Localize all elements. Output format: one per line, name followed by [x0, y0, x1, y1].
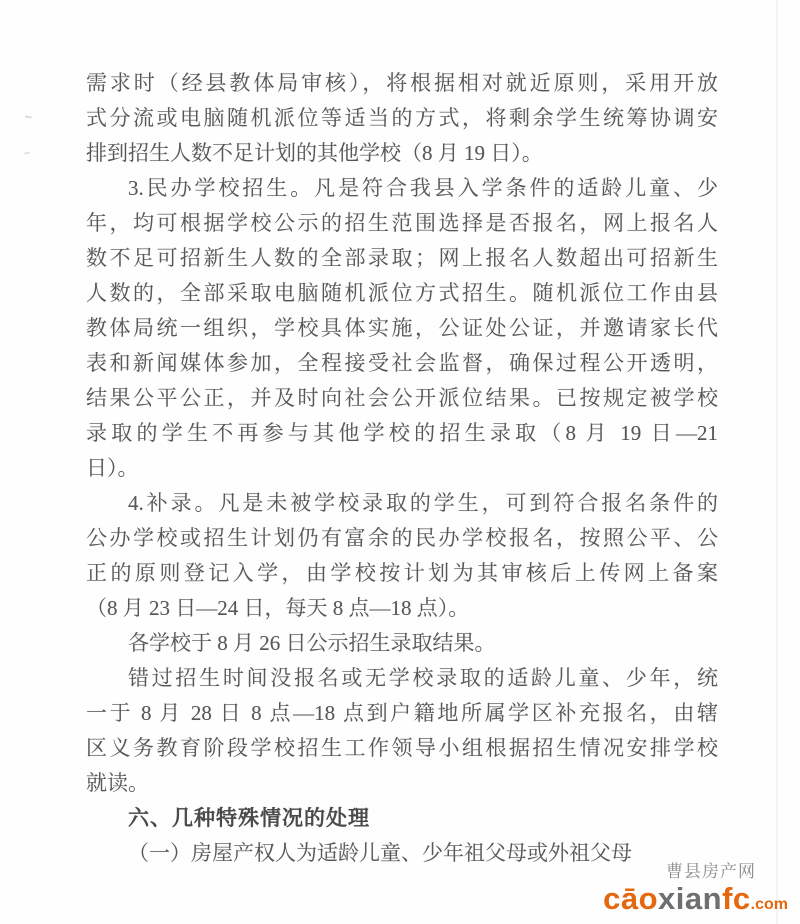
doc-line: 一于 8 月 28 日 8 点—18 点到户籍地所属学区补充报名，由辖 — [86, 696, 718, 731]
doc-line: 4.补录。凡是未被学校录取的学生，可到符合报名条件的 — [86, 486, 718, 521]
doc-line: 结果公平公正，并及时向社会公开派位结果。已按规定被学校 — [86, 381, 718, 416]
scan-speck — [24, 151, 30, 154]
doc-line: 日）。 — [86, 451, 718, 486]
logo-text-fc: fc — [722, 881, 751, 916]
doc-line: 错过招生时间没报名或无学校录取的适龄儿童、少年，统 — [86, 661, 718, 696]
doc-line: 各学校于 8 月 26 日公示招生录取结果。 — [86, 626, 718, 661]
doc-line: 需求时（经县教体局审核），将根据相对就近原则，采用开放 — [86, 66, 718, 101]
doc-line: （8 月 23 日—24 日，每天 8 点—18 点）。 — [86, 591, 718, 626]
logo-text-cao: cāo — [603, 881, 658, 916]
doc-line: 数不足可招新生人数的全部录取；网上报名人数超出可招新生 — [86, 241, 718, 276]
doc-line: 区义务教育阶段学校招生工作领导小组根据招生情况安排学校 — [86, 731, 718, 766]
doc-line: 式分流或电脑随机派位等适当的方式，将剩余学生统筹协调安 — [86, 101, 718, 136]
document-body: 需求时（经县教体局审核），将根据相对就近原则，采用开放 式分流或电脑随机派位等适… — [86, 66, 718, 871]
doc-line: 表和新闻媒体参加，全程接受社会监督，确保过程公开透明， — [86, 346, 718, 381]
doc-line: 人数的，全部采取电脑随机派位方式招生。随机派位工作由县 — [86, 276, 718, 311]
doc-line: 年，均可根据学校公示的招生范围选择是否报名，网上报名人 — [86, 206, 718, 241]
scan-streak — [776, 0, 778, 924]
scan-speck — [25, 116, 32, 119]
doc-line: 3.民办学校招生。凡是符合我县入学条件的适龄儿童、少 — [86, 171, 718, 206]
doc-line: 排到招生人数不足计划的其他学校（8 月 19 日）。 — [86, 136, 718, 171]
logo-text-tld: .com — [751, 896, 788, 913]
doc-line: 录取的学生不再参与其他学校的招生录取（8 月 19 日—21 — [86, 416, 718, 451]
section-heading: 六、几种特殊情况的处理 — [86, 801, 718, 836]
doc-line: 正的原则登记入学，由学校按计划为其审核后上传网上备案 — [86, 556, 718, 591]
logo-text-xian: xian — [658, 881, 722, 916]
document-page: 需求时（经县教体局审核），将根据相对就近原则，采用开放 式分流或电脑随机派位等适… — [0, 0, 800, 924]
doc-line: 就读。 — [86, 766, 718, 801]
doc-line: 公办学校或招生计划仍有富余的民办学校报名，按照公平、公 — [86, 521, 718, 556]
watermark-site-name: 曹县房产网 — [603, 863, 756, 882]
watermark: 曹县房产网 cāoxianfc.com — [603, 863, 788, 914]
site-logo: cāoxianfc.com — [603, 883, 788, 914]
doc-line: 教体局统一组织，学校具体实施，公证处公证，并邀请家长代 — [86, 311, 718, 346]
